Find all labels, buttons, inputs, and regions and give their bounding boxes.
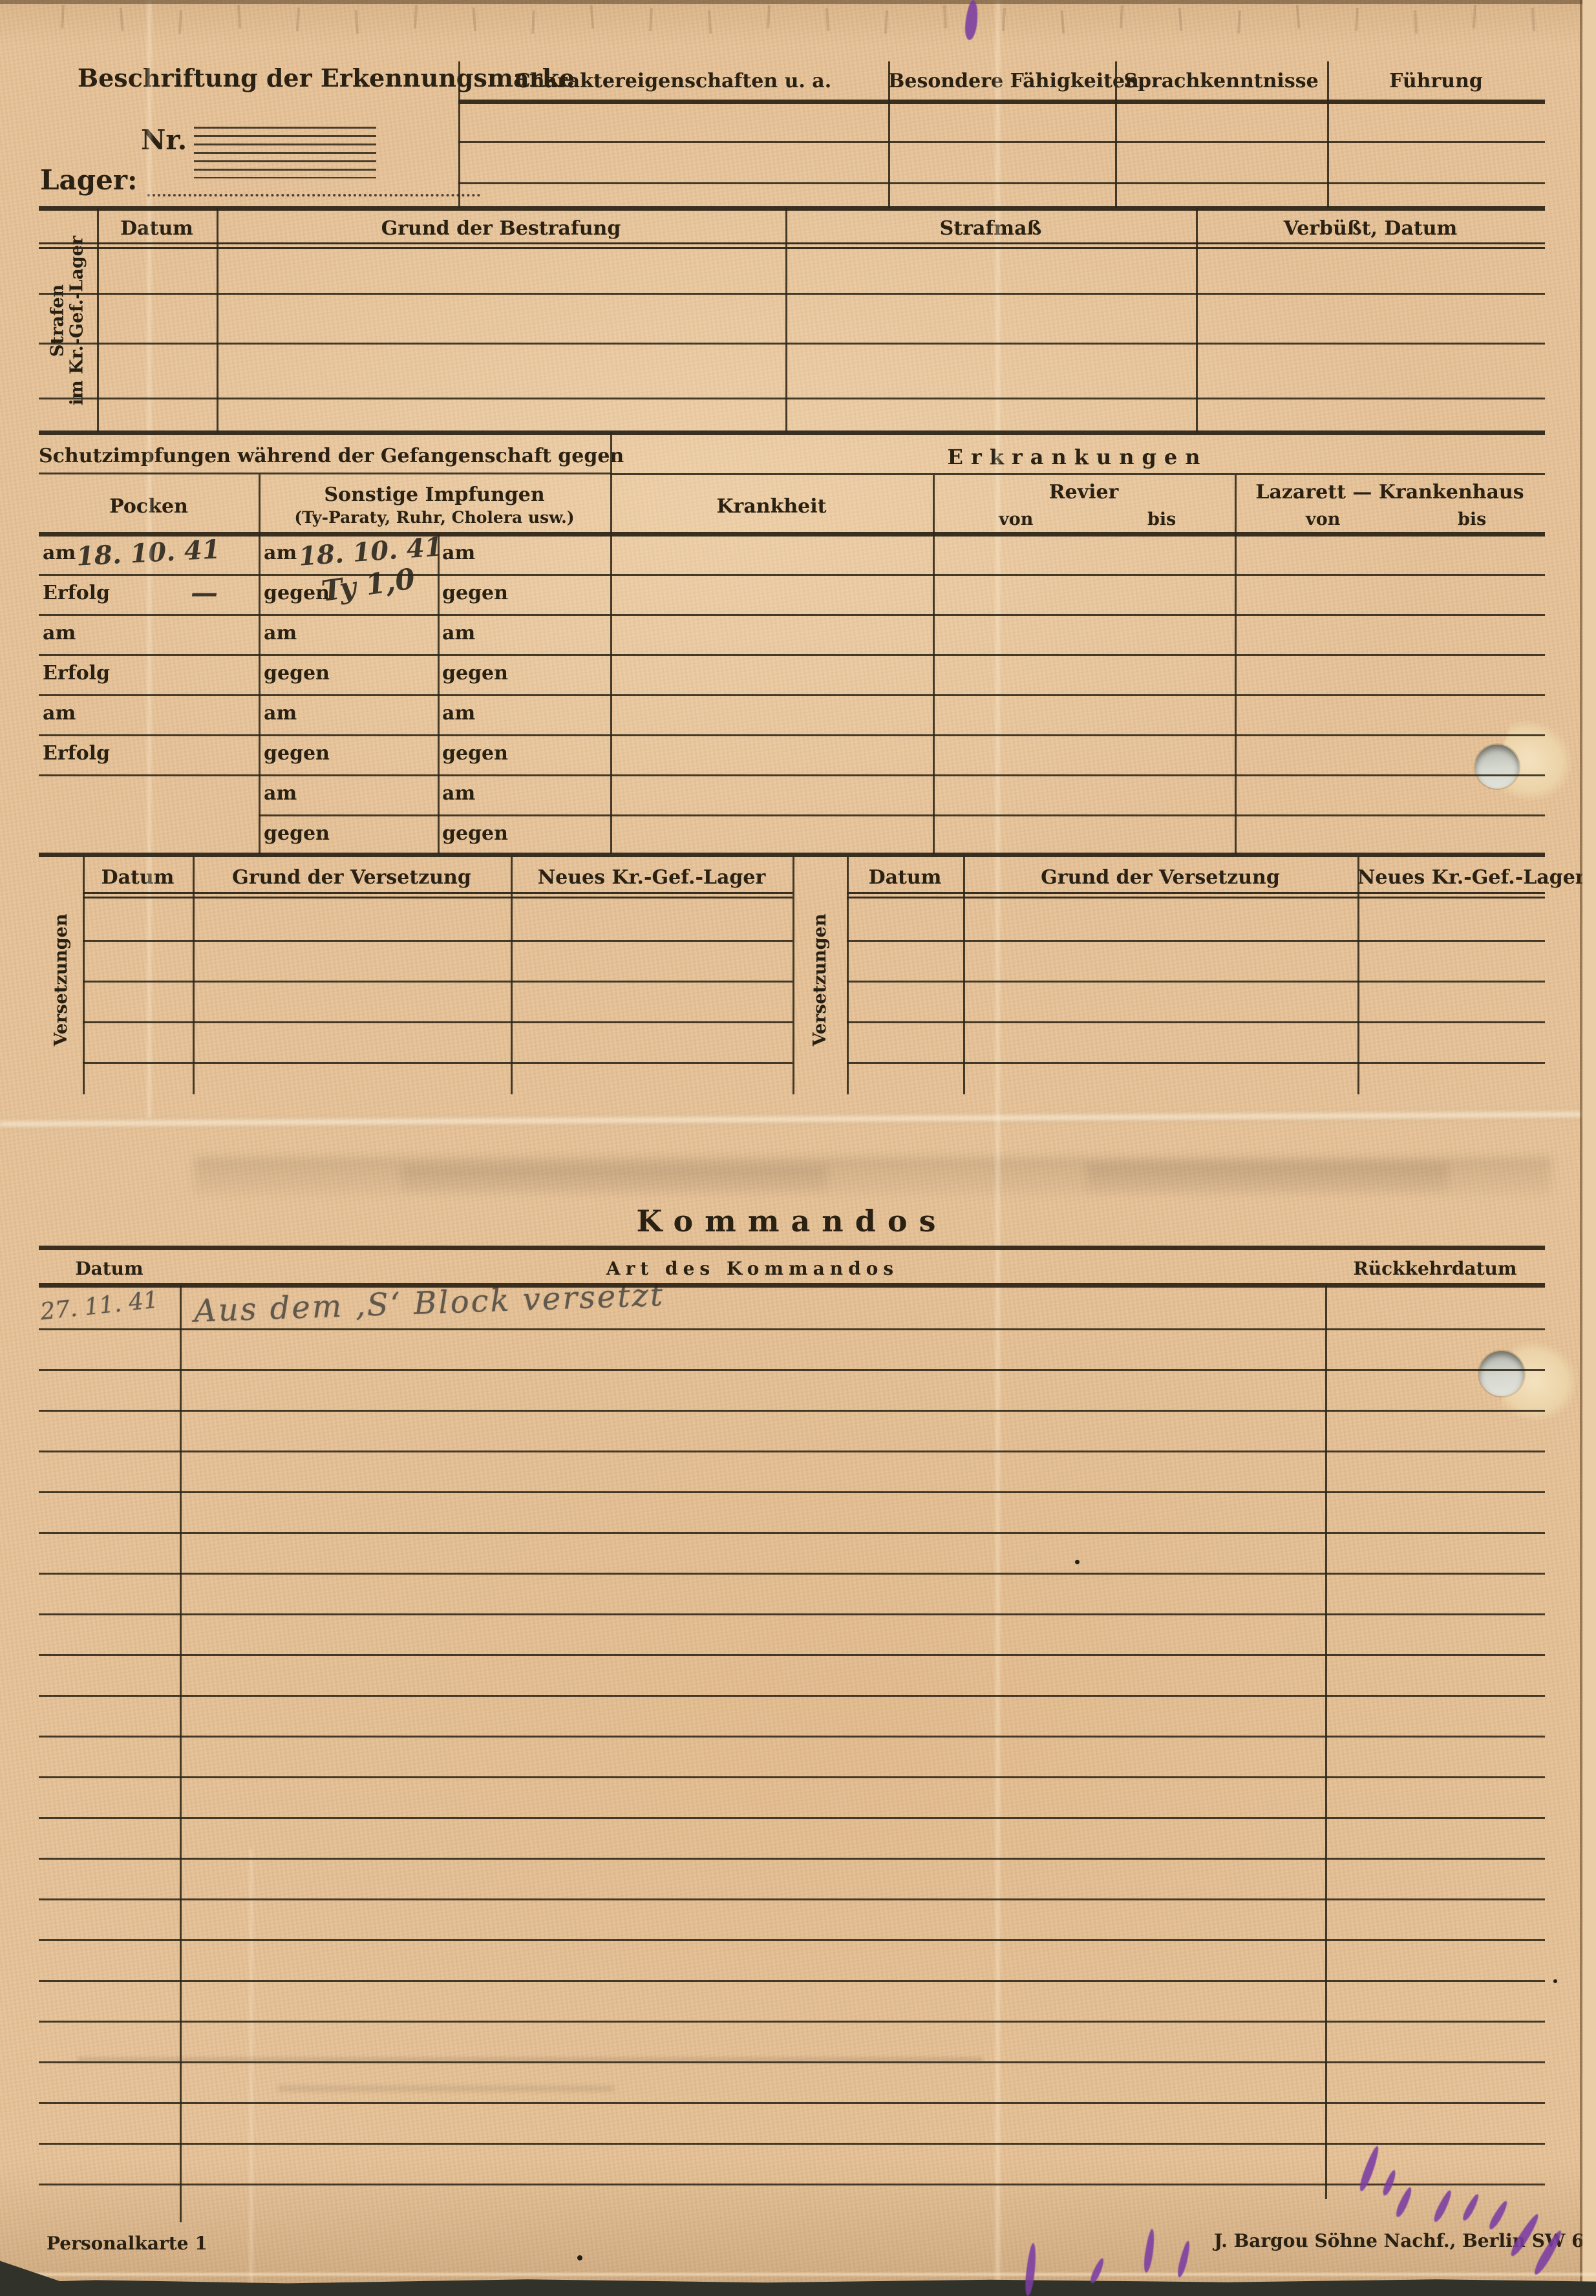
versetzungen-col-rule-5: [963, 856, 965, 1094]
punch-hole-lower: [1479, 1351, 1524, 1396]
versetzungen-left-row-rule-2: [83, 1021, 793, 1023]
erkrankungen-title-rule: [610, 473, 1545, 475]
impfungen-top-rule: [39, 430, 1545, 435]
ghost-tick-9: [590, 5, 595, 28]
purple-stroke-3: [1432, 2189, 1454, 2224]
sonstige1-row-label-0: am: [264, 542, 297, 564]
ghost-tick-16: [1002, 8, 1006, 31]
versetzungen-right-side-label-text: Versetzungen: [810, 914, 830, 1047]
sonstige2-row-label-7: gegen: [442, 822, 508, 845]
sonstige2-row-label-3: gegen: [442, 662, 508, 685]
versetzungen-left-side-label: Versetzungen: [49, 883, 72, 1077]
top-table-row-rule-0: [458, 141, 1545, 143]
top-table-header-charakter: Charaktereigenschaften u. a.: [458, 70, 888, 92]
versetzungen-right-row-rule-1: [847, 981, 1545, 983]
versetzungen-left-header-grund: Grund der Versetzung: [193, 866, 511, 889]
kommandos-top-rule: [39, 1246, 1545, 1250]
sonstige2-row-label-4: am: [442, 702, 475, 725]
impfungen-sub-row-rule: [259, 814, 610, 816]
ghost-tick-19: [1178, 8, 1183, 31]
kommandos-row-rule-0: [39, 1328, 1545, 1330]
erkrankungen-lazarett-bis: bis: [1458, 509, 1486, 529]
strafen-col-rule-2: [785, 208, 787, 432]
ghost-tick-14: [884, 10, 888, 34]
versetzungen-right-header-datum: Datum: [847, 866, 963, 889]
strafen-header-strafmass: Strafmaß: [785, 217, 1196, 240]
kommandos-row-rule-7: [39, 1613, 1545, 1615]
bottom-edge-highlight: [0, 2273, 1596, 2276]
kommandos-rueckkehr-col-rule: [1325, 1285, 1327, 2199]
strafen-row-rule-1: [39, 343, 1545, 345]
id-block-title: Beschriftung der Erkennungsmarke: [78, 63, 449, 92]
top-table-header-fuehrung: Führung: [1327, 70, 1545, 92]
versetzungen-col-rule-2: [511, 856, 513, 1094]
strafen-top-rule: [39, 206, 1545, 211]
impfungen-col-rule-3: [933, 475, 935, 855]
versetzungen-right-row-rule-2: [847, 1021, 1545, 1023]
erkrankungen-row-rule-4: [610, 734, 1545, 736]
top-table-col-rule-2: [1115, 61, 1117, 208]
ghost-tick-23: [1414, 10, 1418, 34]
impfungen-row-rule-2: [39, 654, 610, 656]
ghost-tick-2: [178, 10, 182, 34]
sonstige1-row-label-6: am: [264, 782, 297, 805]
kommandos-row-rule-21: [39, 2184, 1545, 2185]
erkrankungen-lazarett-von: von: [1306, 509, 1340, 529]
top-table-col-rule-1: [888, 61, 890, 208]
ghost-tick-18: [1120, 5, 1123, 28]
strafen-header-rule: [39, 242, 1545, 249]
sonstige2-row-label-5: gegen: [442, 742, 508, 765]
purple-ink-blob-top: [964, 0, 979, 41]
ghost-tick-5: [355, 10, 359, 34]
erkrankungen-revier-bis: bis: [1147, 509, 1176, 529]
versetzungen-left-header-lager: Neues Kr.-Gef.-Lager: [511, 866, 793, 889]
pocken-row-label-5: Erfolg: [43, 742, 110, 765]
pocken-row-label-4: am: [43, 702, 76, 725]
pocken-row-label-1: Erfolg: [43, 582, 110, 604]
sonstige-date-handwritten: 18. 10. 41: [298, 531, 443, 571]
impfungen-col-sonstige-sub: (Ty-Paraty, Ruhr, Cholera usw.): [259, 508, 610, 527]
top-table-header-sprachen: Sprachkenntnisse: [1115, 70, 1327, 92]
sonstige2-row-label-1: gegen: [442, 582, 508, 604]
top-table-col-rule-0: [458, 61, 460, 208]
purple-stroke-11: [1176, 2240, 1192, 2279]
versetzungen-col-rule-0: [83, 856, 85, 1094]
purple-stroke-9: [1089, 2257, 1106, 2285]
top-table-col-rule-3: [1327, 61, 1329, 208]
strafen-header-grund: Grund der Bestrafung: [217, 217, 785, 240]
purple-stroke-5: [1487, 2199, 1509, 2231]
ghost-tick-0: [61, 5, 65, 28]
kommandos-header-rule: [39, 1283, 1545, 1288]
strafen-side-label-line1: Strafen: [48, 284, 68, 357]
punch-hole-upper: [1475, 745, 1519, 789]
versetzungen-col-rule-4: [847, 856, 849, 1094]
impfungen-row-rule-0: [39, 574, 610, 576]
ghost-tick-7: [473, 8, 477, 31]
sonstige2-row-label-0: am: [442, 542, 475, 564]
impfungen-header-rule: [39, 532, 1545, 537]
versetzungen-left-header-rule: [83, 892, 793, 898]
strafen-col-rule-0: [97, 208, 99, 432]
pocken-row-label-2: am: [43, 622, 76, 644]
kommandos-row-rule-16: [39, 1980, 1545, 1982]
strafen-row-rule-0: [39, 293, 1545, 295]
footer-form-name: Personalkarte 1: [47, 2233, 207, 2254]
kommandos-row-rule-3: [39, 1451, 1545, 1452]
erkrankungen-row-rule-6: [610, 814, 1545, 816]
versetzungen-right-header-rule: [847, 892, 1545, 898]
kommandos-datum-col-rule: [180, 1285, 182, 2222]
ghost-tick-24: [1473, 5, 1476, 28]
kommandos-title: Kommandos: [39, 1204, 1545, 1238]
impfungen-col-rule-2: [610, 432, 612, 855]
erkrankungen-row-rule-3: [610, 694, 1545, 696]
versetzungen-left-row-rule-0: [83, 940, 793, 942]
versetzungen-left-side-label-text: Versetzungen: [51, 914, 71, 1047]
kommandos-row-rule-12: [39, 1817, 1545, 1819]
kommandos-row-rule-4: [39, 1491, 1545, 1493]
kommandos-header-datum: Datum: [39, 1258, 180, 1279]
ghost-tick-4: [296, 8, 300, 31]
impfungen-col-rule-4: [1235, 475, 1237, 855]
pocken-row-label-0: am: [43, 542, 76, 564]
sonstige1-row-label-2: am: [264, 622, 297, 644]
ink-speck-1: [577, 2255, 582, 2260]
ghost-tick-10: [649, 8, 653, 31]
pocken-erfolg-dash-handwritten: —: [191, 577, 218, 608]
show-through-blob-left: [401, 1166, 827, 1193]
ghost-tick-21: [1296, 5, 1301, 28]
kommandos-row-rule-8: [39, 1654, 1545, 1656]
ghost-tick-12: [767, 5, 771, 28]
versetzungen-top-rule: [39, 853, 1545, 857]
sonstige1-row-label-5: gegen: [264, 742, 330, 765]
strafen-header-datum: Datum: [97, 217, 217, 240]
pocken-date-handwritten: 18. 10. 41: [76, 534, 221, 572]
versetzungen-col-rule-3: [793, 856, 794, 1094]
pocken-row-label-3: Erfolg: [43, 662, 110, 685]
ink-speck-3: [1553, 1979, 1557, 1983]
ghost-tick-13: [825, 8, 830, 31]
top-table-header-faehigkeiten: Besondere Fähigkeiten: [888, 70, 1115, 92]
ghost-tick-17: [1061, 10, 1065, 34]
kommandos-row-rule-14: [39, 1898, 1545, 1900]
ghost-tick-25: [1531, 8, 1536, 31]
versetzungen-left-row-rule-3: [83, 1062, 793, 1064]
impfungen-row-rule-1: [39, 614, 610, 616]
ghost-tick-3: [237, 5, 242, 28]
impfungen-col-rule-1: [438, 534, 440, 855]
kommandos-entry-datum-handwritten: 27. 11. 41: [39, 1287, 159, 1326]
ghost-tick-6: [414, 5, 418, 28]
versetzungen-col-rule-6: [1357, 856, 1359, 1094]
kommandos-row-rule-9: [39, 1695, 1545, 1697]
sonstige2-row-label-2: am: [442, 622, 475, 644]
impfungen-row-rule-5: [39, 774, 610, 776]
kommandos-row-rule-15: [39, 1939, 1545, 1941]
impfungen-row-rule-4: [39, 734, 610, 736]
erkrankungen-col-lazarett: Lazarett — Krankenhaus: [1235, 481, 1545, 504]
pencil-smudge-2: [278, 2085, 614, 2092]
versetzungen-right-header-lager: Neues Kr.-Gef.-Lager: [1357, 866, 1545, 889]
strafen-col-rule-1: [217, 208, 218, 432]
erkrankungen-row-rule-1: [610, 614, 1545, 616]
strafen-side-label-line2: im Kr.-Gef.-Lager: [68, 236, 87, 405]
impfungen-row-rule-3: [39, 694, 610, 696]
purple-stroke-4: [1461, 2193, 1481, 2222]
impfungen-title-rule: [39, 473, 610, 474]
erkrankungen-row-rule-0: [610, 574, 1545, 576]
ghost-tick-20: [1237, 10, 1241, 34]
purple-stroke-1: [1381, 2169, 1398, 2196]
sonstige2-row-label-6: am: [442, 782, 475, 805]
versetzungen-right-header-grund: Grund der Versetzung: [963, 866, 1357, 889]
show-through-blob-right: [1086, 1164, 1448, 1193]
kommandos-header-art: Art des Kommandos: [180, 1258, 1325, 1279]
strafen-col-rule-3: [1196, 208, 1198, 432]
strafen-header-verbuesst: Verbüßt, Datum: [1196, 217, 1545, 240]
impfungen-col-rule-0: [259, 474, 261, 855]
kommandos-row-rule-18: [39, 2061, 1545, 2063]
lager-label: Lager:: [40, 164, 137, 196]
kommandos-row-rule-13: [39, 1858, 1545, 1860]
ghost-tick-22: [1355, 8, 1359, 31]
vertical-crease-bottom: [250, 1849, 253, 2296]
top-table-row-rule-1: [458, 182, 1545, 184]
erkrankungen-col-krankheit: Krankheit: [610, 495, 933, 518]
kommandos-row-rule-5: [39, 1532, 1545, 1534]
versetzungen-right-row-rule-3: [847, 1062, 1545, 1064]
top-table-header-rule: [458, 100, 1545, 104]
erkrankungen-revier-von: von: [999, 509, 1033, 529]
erkrankungen-col-revier: Revier: [933, 481, 1235, 504]
erkrankungen-row-rule-5: [610, 774, 1545, 776]
top-edge-shadow: [0, 0, 1596, 4]
kommandos-row-rule-17: [39, 2021, 1545, 2023]
ghost-tick-15: [943, 5, 948, 28]
ghost-tick-8: [531, 10, 535, 34]
footer-printer-credit: J. Bargou Söhne Nachf., Berlin SW 68: [1214, 2230, 1596, 2251]
erkrankungen-title: Erkrankungen: [610, 445, 1545, 469]
kommandos-row-rule-11: [39, 1776, 1545, 1778]
sonstige1-row-label-7: gegen: [264, 822, 330, 845]
lager-fill-line: [147, 167, 480, 197]
sonstige1-row-label-3: gegen: [264, 662, 330, 685]
versetzungen-col-rule-1: [193, 856, 195, 1094]
kommandos-row-rule-19: [39, 2102, 1545, 2104]
personalkarte-back-page: Beschriftung der Erkennungsmarke Nr. Lag…: [0, 0, 1596, 2296]
horizontal-fold-crease: [0, 1108, 1596, 1129]
purple-stroke-10: [1142, 2228, 1156, 2273]
impfungen-title: Schutzimpfungen während der Gefangenscha…: [39, 445, 610, 467]
versetzungen-right-side-label: Versetzungen: [808, 883, 831, 1077]
ghost-tick-1: [120, 8, 124, 31]
versetzungen-right-row-rule-0: [847, 940, 1545, 942]
ink-speck-0: [1075, 1560, 1080, 1564]
ink-speck-2: [942, 79, 946, 82]
kommandos-row-rule-10: [39, 1736, 1545, 1738]
purple-stroke-2: [1394, 2186, 1414, 2219]
kommandos-row-rule-6: [39, 1573, 1545, 1575]
right-edge-strip: [1582, 0, 1596, 2296]
impfungen-col-pocken: Pocken: [39, 495, 259, 518]
kommandos-row-rule-1: [39, 1369, 1545, 1371]
ghost-tick-11: [708, 10, 712, 34]
id-number-label: Nr.: [141, 124, 187, 156]
erkrankungen-row-rule-2: [610, 654, 1545, 656]
versetzungen-left-header-datum: Datum: [83, 866, 193, 889]
sonstige1-row-label-4: am: [264, 702, 297, 725]
strafen-row-rule-2: [39, 398, 1545, 399]
kommandos-row-rule-20: [39, 2143, 1545, 2145]
kommandos-row-rule-2: [39, 1410, 1545, 1412]
impfungen-col-sonstige: Sonstige Impfungen: [259, 484, 610, 506]
kommandos-header-rueckkehr: Rückkehrdatum: [1325, 1258, 1545, 1279]
right-edge-line: [1580, 0, 1582, 2296]
bottom-scan-edge: [0, 2278, 1596, 2296]
sonstige1-row-label-1: gegen: [264, 582, 330, 604]
versetzungen-left-row-rule-1: [83, 981, 793, 983]
